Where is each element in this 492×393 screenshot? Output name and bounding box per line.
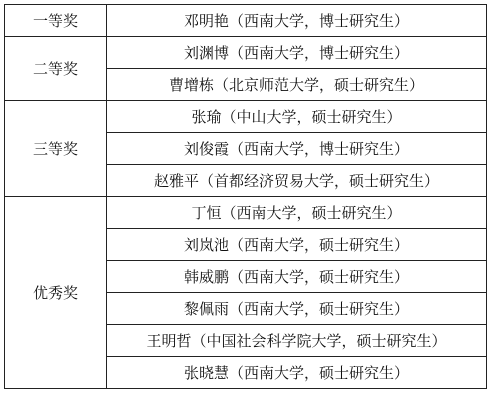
winner-cell: 刘俊霞（西南大学，博士研究生） — [107, 133, 487, 165]
winner-cell: 张晓慧（西南大学，硕士研究生） — [107, 357, 487, 389]
awards-table: 一等奖 邓明艳（西南大学，博士研究生） 二等奖 刘渊博（西南大学，博士研究生） … — [4, 4, 487, 389]
table-row: 二等奖 刘渊博（西南大学，博士研究生） — [5, 37, 487, 69]
award-level-third: 三等奖 — [5, 101, 107, 197]
winner-cell: 曹增栋（北京师范大学，硕士研究生） — [107, 69, 487, 101]
table-row: 一等奖 邓明艳（西南大学，博士研究生） — [5, 5, 487, 37]
award-level-excellence: 优秀奖 — [5, 197, 107, 389]
winner-cell: 黎佩雨（西南大学，硕士研究生） — [107, 293, 487, 325]
award-level-second: 二等奖 — [5, 37, 107, 101]
winner-cell: 丁恒（西南大学，硕士研究生） — [107, 197, 487, 229]
winner-cell: 张瑜（中山大学，硕士研究生） — [107, 101, 487, 133]
winner-cell: 刘渊博（西南大学，博士研究生） — [107, 37, 487, 69]
winner-cell: 王明哲（中国社会科学院大学，硕士研究生） — [107, 325, 487, 357]
winner-cell: 刘岚池（西南大学，硕士研究生） — [107, 229, 487, 261]
table-row: 优秀奖 丁恒（西南大学，硕士研究生） — [5, 197, 487, 229]
award-level-first: 一等奖 — [5, 5, 107, 37]
table-row: 三等奖 张瑜（中山大学，硕士研究生） — [5, 101, 487, 133]
winner-cell: 赵雅平（首都经济贸易大学，硕士研究生） — [107, 165, 487, 197]
winner-cell: 韩威鹏（西南大学，硕士研究生） — [107, 261, 487, 293]
winner-cell: 邓明艳（西南大学，博士研究生） — [107, 5, 487, 37]
